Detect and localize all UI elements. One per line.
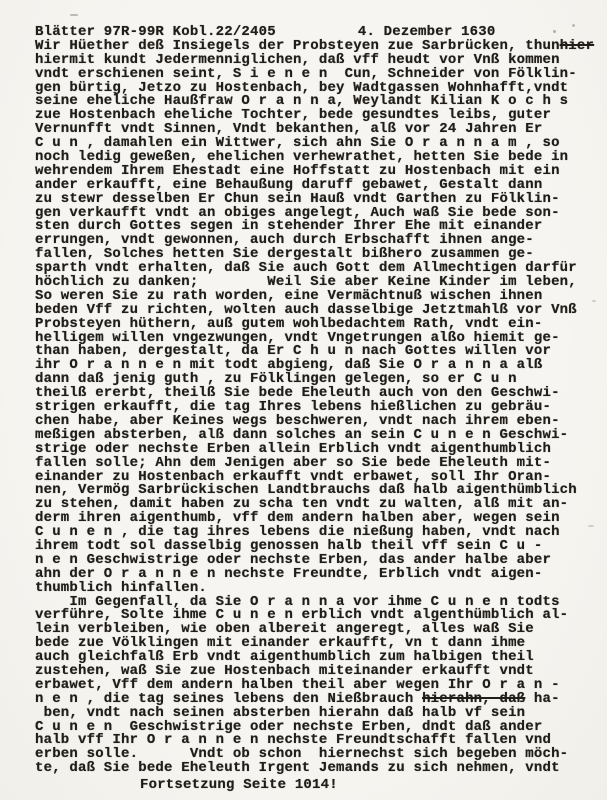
text-line: te, daß Sie bede Eheleuth Irgent Jemands… [35, 762, 587, 776]
text-segment: te, daß Sie bede Eheleuth Irgent Jemands… [35, 760, 560, 776]
document-page: Blätter 97R-99R Kobl.22/2405 4. Dezember… [0, 0, 607, 800]
document-body: Wir Hüether deß Insiegels der Probsteyen… [35, 40, 587, 776]
scan-artifact [70, 14, 78, 16]
footer-continuation-note: Fortsetzung Seite 1014! [35, 779, 587, 793]
scan-artifact [572, 24, 575, 27]
scan-artifact [592, 300, 596, 302]
struck-text: hier [560, 38, 594, 54]
scan-artifact [553, 30, 556, 33]
scan-artifact [588, 525, 594, 527]
text-segment: ha- [525, 691, 559, 707]
